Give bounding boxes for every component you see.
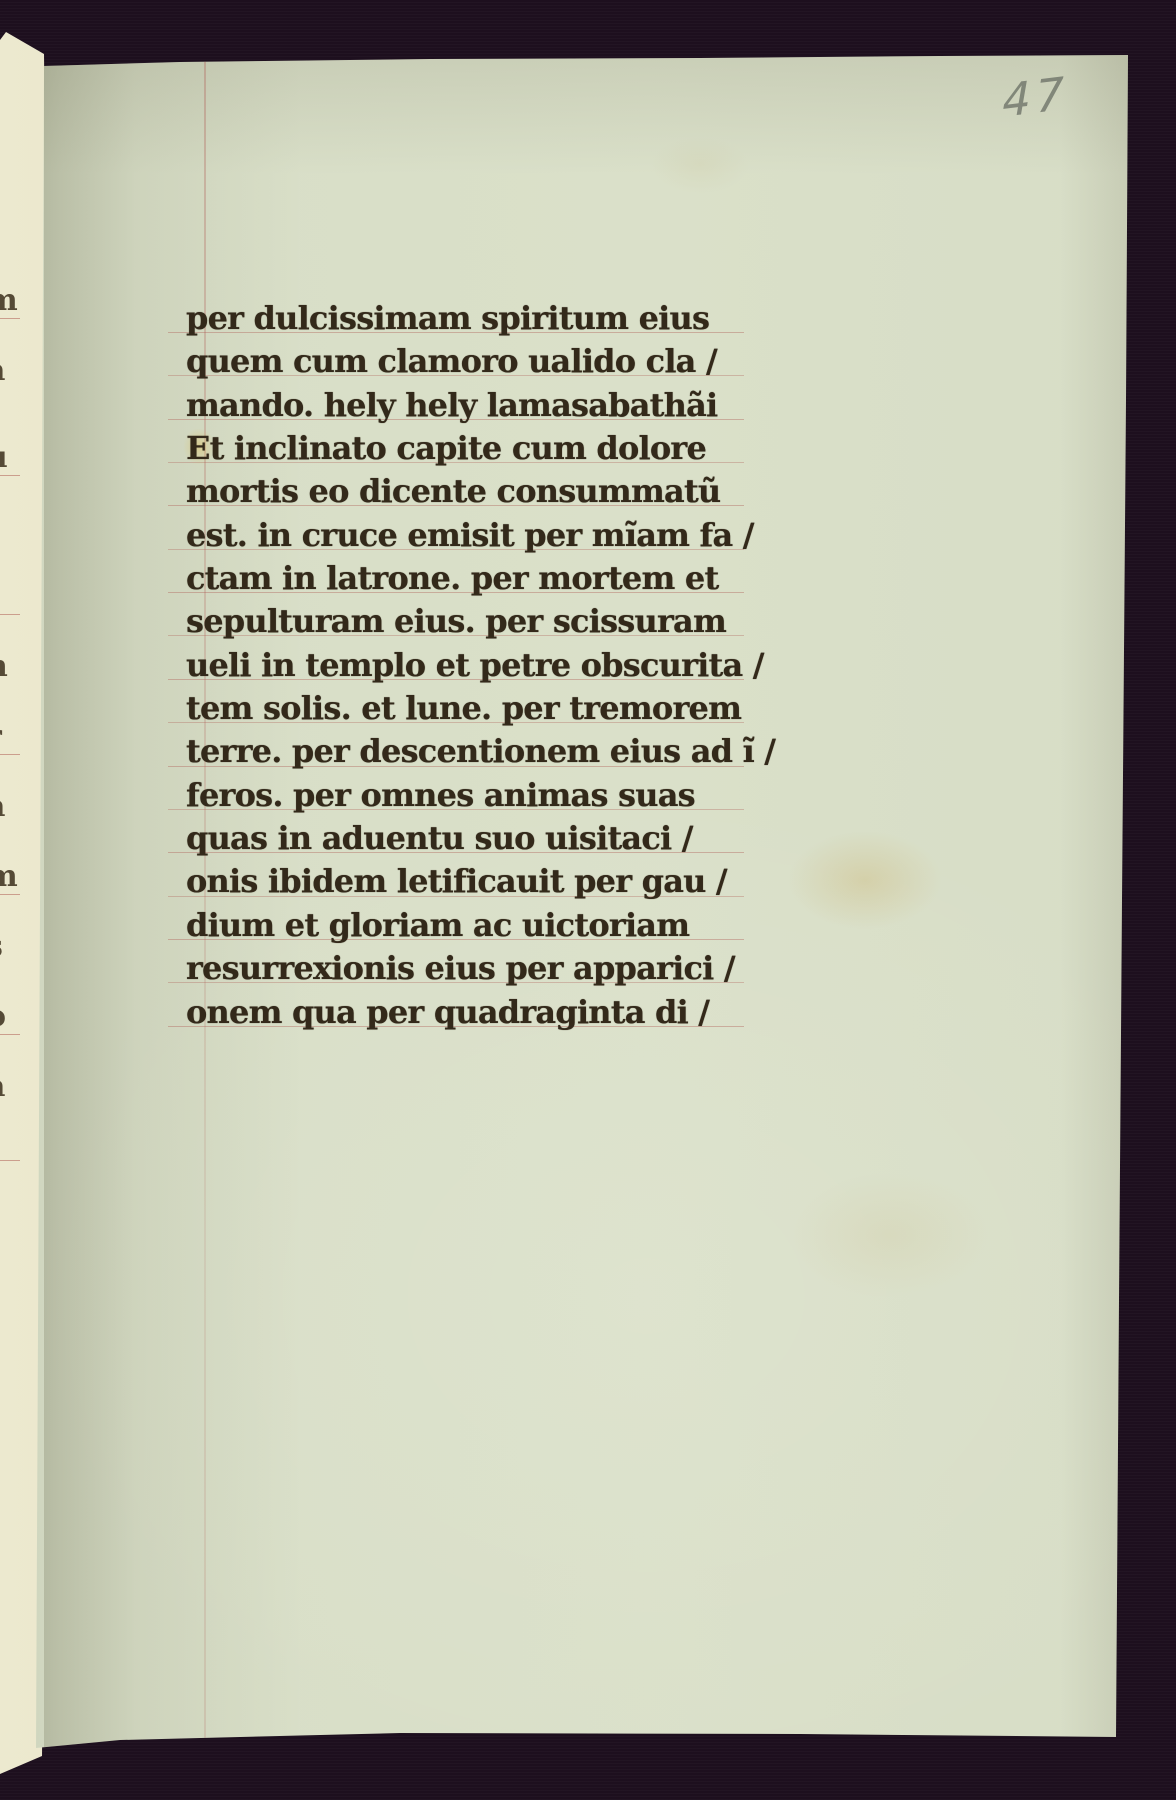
- manuscript-text-line: ctam in latrone. per mortem et: [186, 557, 786, 600]
- edge-letter-fragment: o: [0, 1002, 6, 1032]
- manuscript-text-line: resurrexionis eius per apparici /: [186, 947, 786, 990]
- edge-ruling-fragment: [0, 318, 20, 319]
- facing-page-sliver: mautlnramsoãi: [0, 240, 20, 1200]
- edge-letter-fragment: r: [0, 722, 2, 752]
- edge-ruling-fragment: [0, 1160, 20, 1161]
- manuscript-text-line: mando. hely hely lamasabathãi: [186, 384, 786, 427]
- edge-letter-fragment: n: [0, 652, 8, 682]
- edge-letter-fragment: u: [0, 443, 8, 473]
- manuscript-text-line: Et inclinato capite cum dolore: [186, 427, 786, 470]
- manuscript-text-line: quas in aduentu suo uisitaci /: [186, 817, 786, 860]
- manuscript-text-line: quem cum clamoro ualido cla /: [186, 340, 786, 383]
- edge-ruling-fragment: [0, 1034, 20, 1035]
- manuscript-text-line: dium et gloriam ac uictoriam: [186, 904, 786, 947]
- manuscript-text-line: sepulturam eius. per scissuram: [186, 600, 786, 643]
- manuscript-text-line: ueli in templo et petre obscurita /: [186, 644, 786, 687]
- text-block: per dulcissimam spiritum eiusquem cum cl…: [186, 297, 786, 1034]
- edge-letter-fragment: s: [0, 932, 3, 962]
- edge-ruling-fragment: [0, 754, 20, 755]
- manuscript-text-line: feros. per omnes animas suas: [186, 774, 786, 817]
- edge-letter-fragment: ã: [0, 1072, 5, 1102]
- edge-letter-fragment: m: [0, 286, 18, 316]
- manuscript-text-line: terre. per descentionem eius ad ĩ /: [186, 730, 786, 773]
- manuscript-text-line: onem qua per quadraginta di /: [186, 991, 786, 1034]
- edge-letter-fragment: a: [0, 792, 5, 822]
- edge-ruling-fragment: [0, 614, 20, 615]
- manuscript-text-line: tem solis. et lune. per tremorem: [186, 687, 786, 730]
- manuscript-text-line: est. in cruce emisit per mĩam fa /: [186, 514, 786, 557]
- edge-letter-fragment: m: [0, 862, 18, 892]
- manuscript-page: per dulcissimam spiritum eiusquem cum cl…: [0, 0, 1176, 1800]
- page-top-shading: [44, 55, 1128, 175]
- page-right-shading: [1060, 55, 1128, 1740]
- manuscript-text-line: onis ibidem letificauit per gau /: [186, 860, 786, 903]
- edge-ruling-fragment: [0, 475, 20, 476]
- edge-letter-fragment: a: [0, 356, 5, 386]
- manuscript-text-line: per dulcissimam spiritum eius: [186, 297, 786, 340]
- folio-number: 47: [1002, 61, 1112, 128]
- manuscript-text-line: mortis eo dicente consummatũ: [186, 470, 786, 513]
- edge-ruling-fragment: [0, 894, 20, 895]
- manuscript-photo: mautlnramsoãi per dulcissimam spiritum e…: [0, 0, 1176, 1800]
